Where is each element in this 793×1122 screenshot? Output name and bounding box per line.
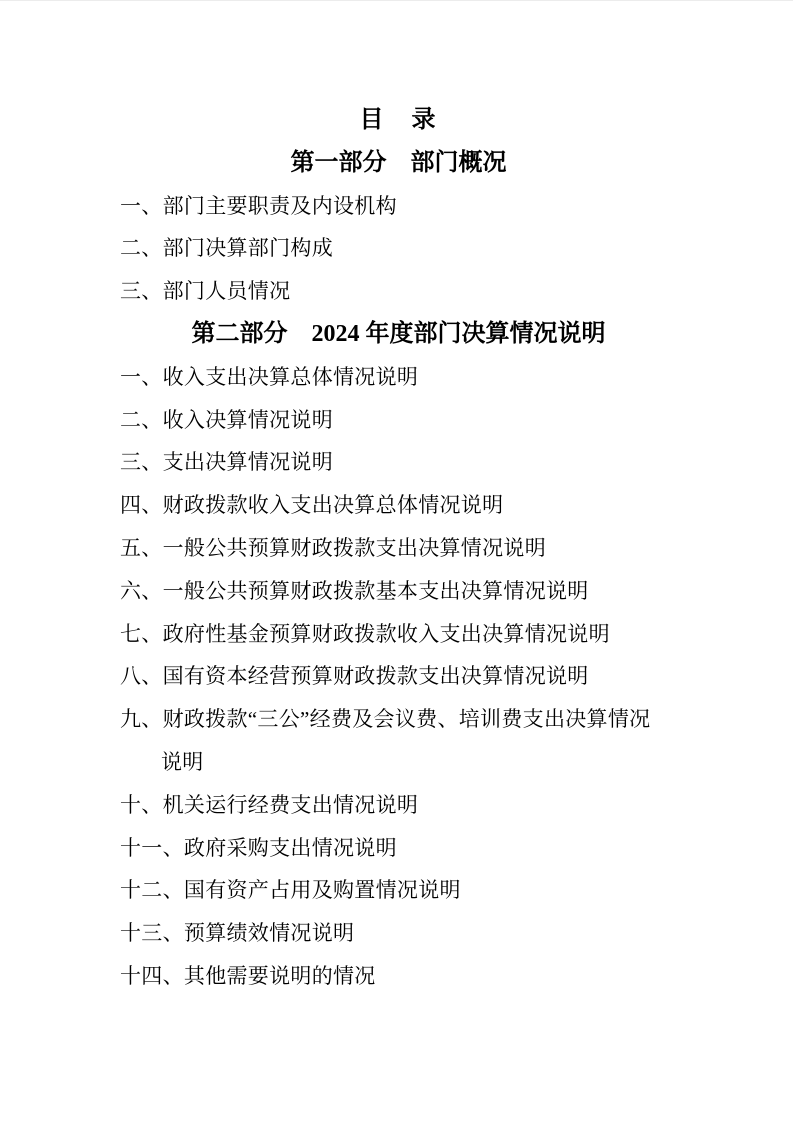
- part2-item-9: 九、财政拨款“三公”经费及会议费、培训费支出决算情况 说明: [120, 698, 677, 784]
- part1-heading: 第一部分 部门概况: [120, 142, 677, 185]
- part2-item-10: 十、机关运行经费支出情况说明: [120, 784, 677, 827]
- part2-item-2: 二、收入决算情况说明: [120, 399, 677, 442]
- part2-item-7: 七、政府性基金预算财政拨款收入支出决算情况说明: [120, 613, 677, 656]
- part1-item-2: 二、部门决算部门构成: [120, 227, 677, 270]
- document-page: 目 录 第一部分 部门概况 一、部门主要职责及内设机构 二、部门决算部门构成 三…: [0, 0, 793, 1122]
- part2-item-1: 一、收入支出决算总体情况说明: [120, 356, 677, 399]
- part2-item-11: 十一、政府采购支出情况说明: [120, 827, 677, 870]
- part2-item-8: 八、国有资本经营预算财政拨款支出决算情况说明: [120, 655, 677, 698]
- part2-item-13: 十三、预算绩效情况说明: [120, 912, 677, 955]
- part1-item-3: 三、部门人员情况: [120, 270, 677, 313]
- part2-item-5: 五、一般公共预算财政拨款支出决算情况说明: [120, 527, 677, 570]
- part2-item-14: 十四、其他需要说明的情况: [120, 955, 677, 998]
- part2-item-3: 三、支出决算情况说明: [120, 441, 677, 484]
- part1-item-1: 一、部门主要职责及内设机构: [120, 185, 677, 228]
- part2-heading: 第二部分 2024 年度部门决算情况说明: [120, 313, 677, 356]
- document-title: 目 录: [120, 99, 677, 142]
- part2-item-12: 十二、国有资产占用及购置情况说明: [120, 869, 677, 912]
- part2-item-4: 四、财政拨款收入支出决算总体情况说明: [120, 484, 677, 527]
- part2-item-6: 六、一般公共预算财政拨款基本支出决算情况说明: [120, 570, 677, 613]
